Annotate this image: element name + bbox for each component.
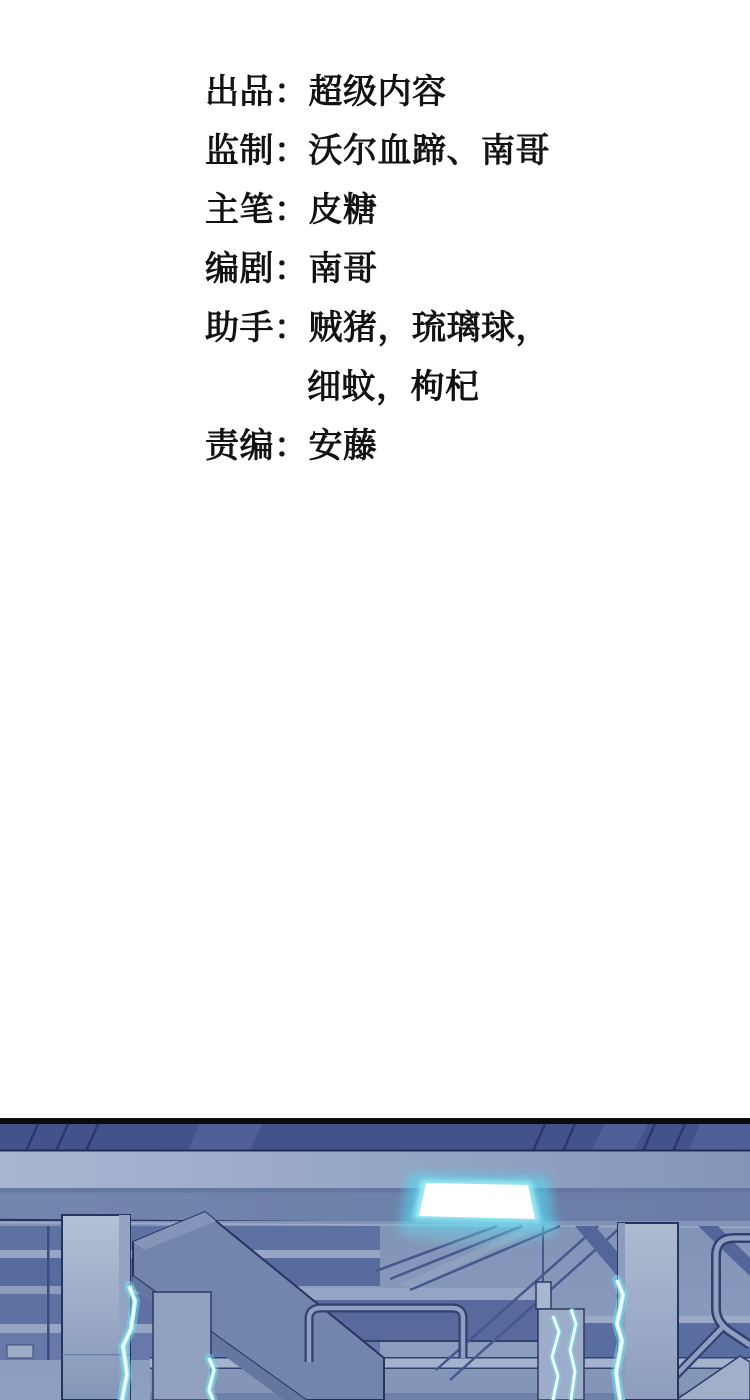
comic-page: 出品：超级内容 监制：沃尔血蹄、南哥 主笔：皮糖 编剧：南哥 助手：贼猪，琉璃球… xyxy=(0,0,750,1400)
credit-line-assistants: 助手：贼猪，琉璃球， xyxy=(205,299,550,358)
ceiling-hatched-band xyxy=(0,1124,750,1152)
pillar-left-main xyxy=(62,1215,135,1400)
ceiling-light-band xyxy=(0,1152,750,1189)
pillar-right-main xyxy=(616,1223,678,1400)
credits-block: 出品：超级内容 监制：沃尔血蹄、南哥 主笔：皮糖 编剧：南哥 助手：贼猪，琉璃球… xyxy=(205,63,550,476)
credit-line-editor: 责编：安藤 xyxy=(205,417,550,476)
credit-line-producer: 出品：超级内容 xyxy=(205,63,550,122)
comic-panel xyxy=(0,1118,750,1400)
pillar-center-right xyxy=(538,1309,584,1400)
credit-line-artist: 主笔：皮糖 xyxy=(205,181,550,240)
ceiling-light-panel xyxy=(397,1173,557,1244)
panel-top-border xyxy=(0,1118,750,1124)
neon-strip-left-secondary xyxy=(209,1358,214,1400)
garage-scene-illustration xyxy=(0,1118,750,1400)
hanger-bracket xyxy=(536,1282,551,1309)
credit-line-writer: 编剧：南哥 xyxy=(205,240,550,299)
credit-line-assistants-cont: 细蚊，枸杞 xyxy=(205,358,550,417)
pillar-left-secondary xyxy=(153,1292,214,1400)
credit-line-supervisor: 监制：沃尔血蹄、南哥 xyxy=(205,122,550,181)
